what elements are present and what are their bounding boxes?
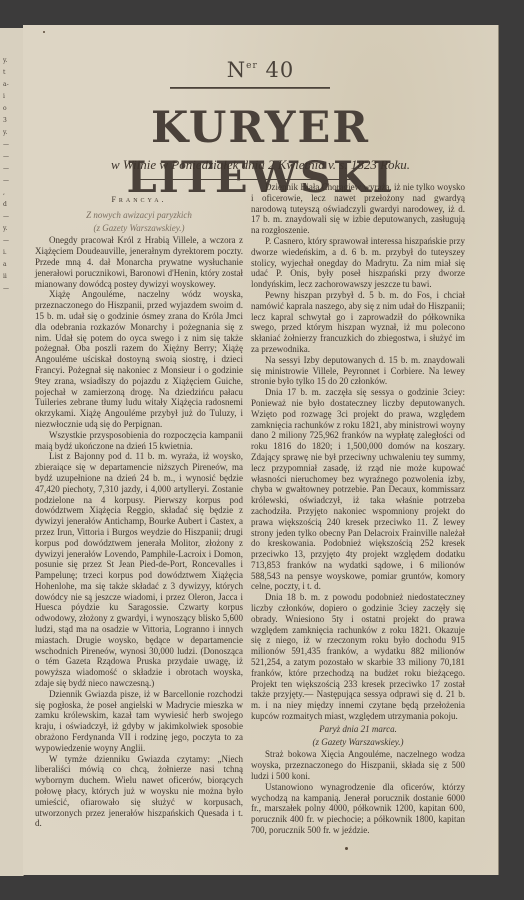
newspaper-page: Ner 40 KURYER LITEWSKI w Wilnie w Ponied… (23, 25, 498, 875)
facing-page-text-fragment: — (3, 286, 9, 292)
facing-page-text-fragment: — (3, 142, 9, 148)
facing-page-text-fragment: — (3, 154, 9, 160)
section-subheading: Z nowych awizacyi paryzkich (35, 210, 243, 221)
divider-rule (170, 87, 330, 89)
article-paragraph: Na sessyi Izby deputowanych d. 15 b. m. … (251, 355, 465, 387)
issue-number: Ner 40 (23, 58, 498, 82)
facing-page-text-fragment: y. (3, 130, 8, 136)
facing-page-text-fragment: — (3, 166, 9, 172)
article-paragraph: Onegdy pracował Król z Hrabią Villele, a… (35, 235, 243, 289)
article-paragraph: Pewny hiszpan przybył d. 5 b. m. do Fos,… (251, 290, 465, 355)
source-note: (z Gazety Warszawskiey.) (35, 223, 243, 234)
left-column: Francya. Z nowych awizacyi paryzkich (z … (35, 185, 243, 829)
paper-blemish (345, 847, 348, 850)
article-paragraph: List z Bajonny pod d. 11 b. m. wyraża, i… (35, 451, 243, 689)
article-paragraph: Dziennik Biała Chorągiew wyraża, iż nie … (251, 182, 465, 236)
paris-dateline: Paryż dnia 21 marca. (251, 724, 465, 735)
dateline: w Wilnie w Poniedziałek dnia 2 Kwietnia … (23, 157, 498, 173)
article-paragraph: Wszystkie przysposobienia do rozpoczęcia… (35, 430, 243, 452)
facing-page-text-fragment: a (3, 262, 7, 268)
facing-page-text-fragment: o (3, 106, 7, 112)
right-column: Dziennik Biała Chorągiew wyraża, iż nie … (251, 182, 465, 836)
paper-blemish (43, 31, 45, 33)
facing-page-text-fragment: ii (3, 274, 7, 280)
facing-page-text-fragment: d (3, 202, 7, 208)
issue-number-sup: er (246, 61, 258, 71)
facing-page-text-fragment: — (3, 238, 9, 244)
facing-page-text-fragment: a- (3, 82, 9, 88)
facing-page-text-fragment: y. (3, 58, 8, 64)
facing-page-text-fragment: y. (3, 226, 8, 232)
facing-page-text-fragment: i. (3, 250, 7, 256)
article-paragraph: Dziennik Gwiazda pisze, iż w Barcellonie… (35, 689, 243, 754)
facing-page-edge: y.ta-io3y.————,d—y.—i.aii— (0, 28, 24, 876)
article-paragraph: Dnia 17 b. m. zaczęła się sessya o godzi… (251, 387, 465, 592)
issue-number-value: 40 (265, 58, 294, 82)
divider-rule (135, 179, 355, 180)
facing-page-text-fragment: — (3, 178, 9, 184)
article-paragraph: Straż bokowa Xięcia Angouléme, naczelneg… (251, 749, 465, 781)
section-heading: Francya. (35, 195, 243, 206)
facing-page-text-fragment: — (3, 214, 9, 220)
facing-page-text-fragment: 3 (3, 118, 7, 124)
facing-page-text-fragment: t (3, 70, 5, 76)
facing-page-text-fragment: i (3, 94, 5, 100)
article-paragraph: Dnia 18 b. m. z powodu podobnież niedost… (251, 592, 465, 722)
facing-page-text-fragment: , (3, 190, 5, 196)
issue-number-prefix: N (227, 58, 246, 82)
article-paragraph: W tymże dzienniku Gwiazda czytamy: „Niec… (35, 754, 243, 830)
source-note: (z Gazety Warszawskiey.) (251, 737, 465, 748)
article-paragraph: P. Casnero, który sprawował interessa hi… (251, 236, 465, 290)
article-paragraph: Xiążę Angouléme, naczelny wódz woyska, p… (35, 289, 243, 429)
article-paragraph: Ustanowiono wynagrodzenie dla oficerów, … (251, 782, 465, 836)
